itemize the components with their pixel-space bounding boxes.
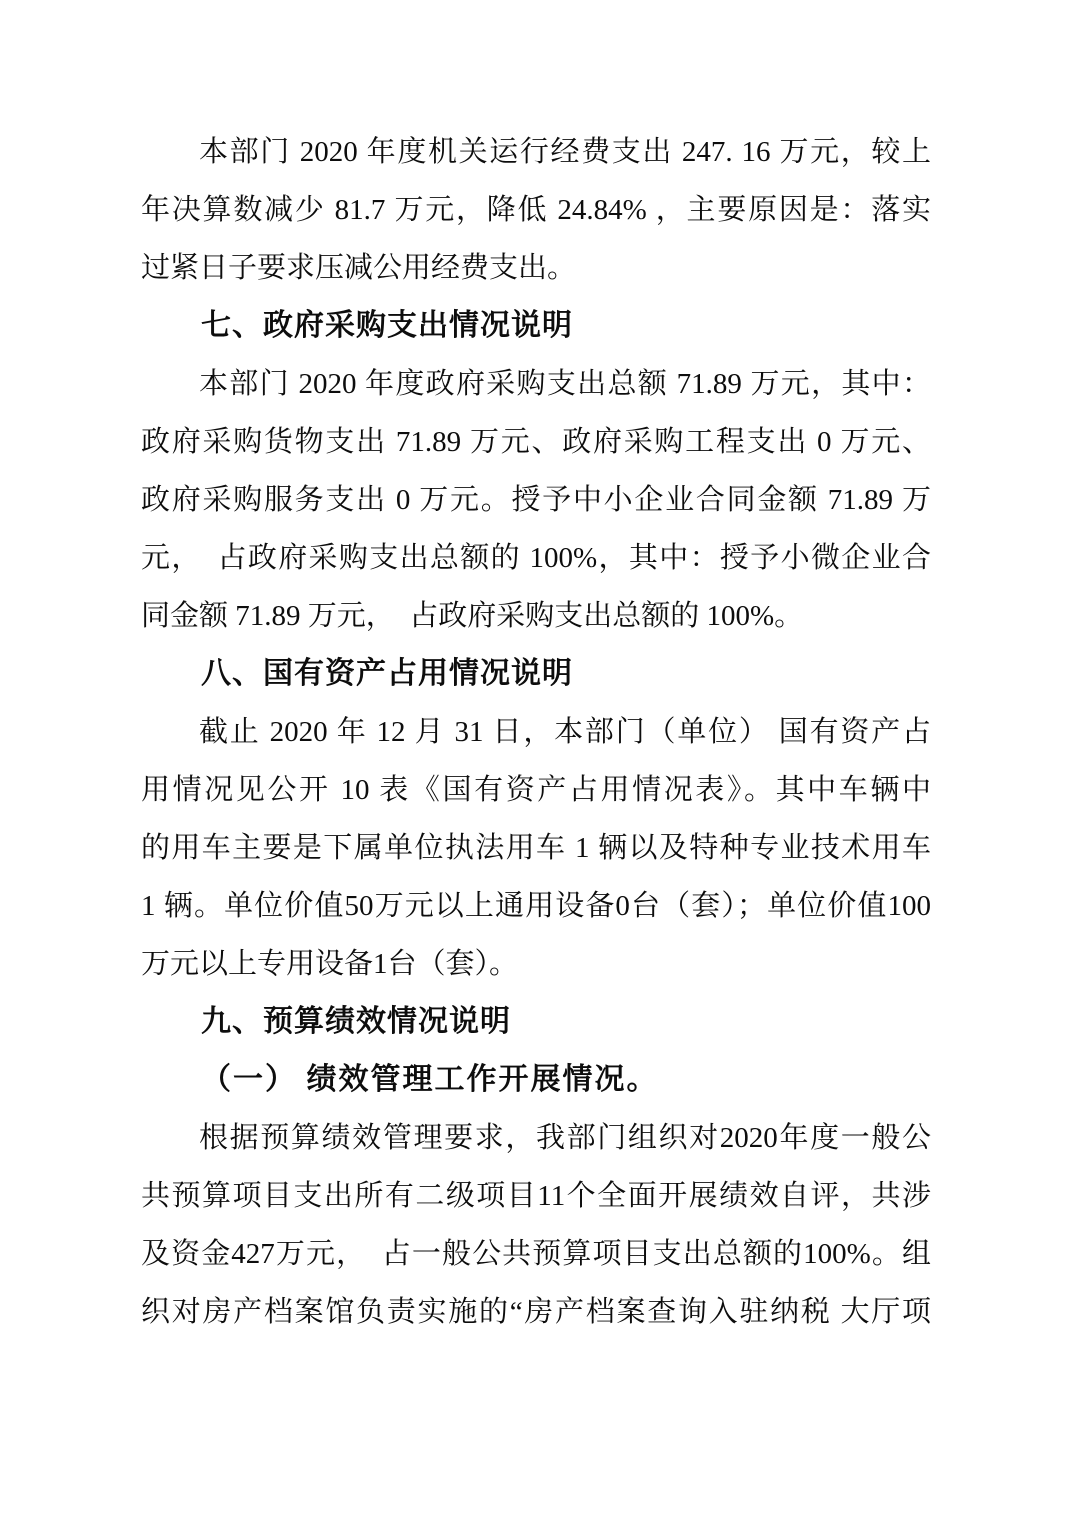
paragraph-operating-expenses-line-1: 本部门 2020 年度机关运行经费支出 247. 16 万元，较上: [141, 123, 931, 181]
paragraph-performance-detail-line-3: 及资金427万元， 占一般公共预算项目支出总额的100%。组: [141, 1225, 931, 1283]
heading-section-7-government-procurement-line-1: 七、政府采购支出情况说明: [141, 297, 931, 355]
paragraph-performance-detail-line-2: 共预算项目支出所有二级项目11个全面开展绩效自评，共涉: [141, 1167, 931, 1225]
paragraph-state-assets-detail-line-1: 截止 2020 年 12 月 31 日，本部门（单位） 国有资产占: [141, 703, 931, 761]
paragraph-state-assets-detail-line-5: 万元以上专用设备1台（套）。: [141, 935, 931, 993]
paragraph-state-assets-detail-line-2: 用情况见公开 10 表《国有资产占用情况表》。其中车辆中: [141, 761, 931, 819]
paragraph-operating-expenses-line-3: 过紧日子要求压减公用经费支出。: [141, 239, 931, 297]
subheading-9-1-performance-management-line-1: （一） 绩效管理工作开展情况。: [141, 1051, 931, 1109]
paragraph-performance-detail-line-4: 织对房产档案馆负责实施的“房产档案查询入驻纳税 大厅项: [141, 1283, 931, 1341]
paragraph-procurement-detail-line-4: 元， 占政府采购支出总额的 100%，其中：授予小微企业合: [141, 529, 931, 587]
paragraph-performance-detail-line-1: 根据预算绩效管理要求，我部门组织对2020年度一般公: [141, 1109, 931, 1167]
document-page: 本部门 2020 年度机关运行经费支出 247. 16 万元，较上年决算数减少 …: [0, 0, 1074, 1520]
paragraph-procurement-detail-line-3: 政府采购服务支出 0 万元。授予中小企业合同金额 71.89 万: [141, 471, 931, 529]
paragraph-operating-expenses-line-2: 年决算数减少 81.7 万元，降低 24.84% ，主要原因是：落实: [141, 181, 931, 239]
paragraph-state-assets-detail-line-4: 1 辆。单位价值50万元以上通用设备0台（套）；单位价值100: [141, 877, 931, 935]
paragraph-procurement-detail-line-1: 本部门 2020 年度政府采购支出总额 71.89 万元，其中：: [141, 355, 931, 413]
paragraph-procurement-detail-line-2: 政府采购货物支出 71.89 万元、政府采购工程支出 0 万元、: [141, 413, 931, 471]
document-content: 本部门 2020 年度机关运行经费支出 247. 16 万元，较上年决算数减少 …: [141, 123, 931, 1341]
heading-section-8-state-assets-line-1: 八、国有资产占用情况说明: [141, 645, 931, 703]
paragraph-procurement-detail-line-5: 同金额 71.89 万元， 占政府采购支出总额的 100%。: [141, 587, 931, 645]
paragraph-state-assets-detail-line-3: 的用车主要是下属单位执法用车 1 辆以及特种专业技术用车: [141, 819, 931, 877]
heading-section-9-budget-performance-line-1: 九、预算绩效情况说明: [141, 993, 931, 1051]
